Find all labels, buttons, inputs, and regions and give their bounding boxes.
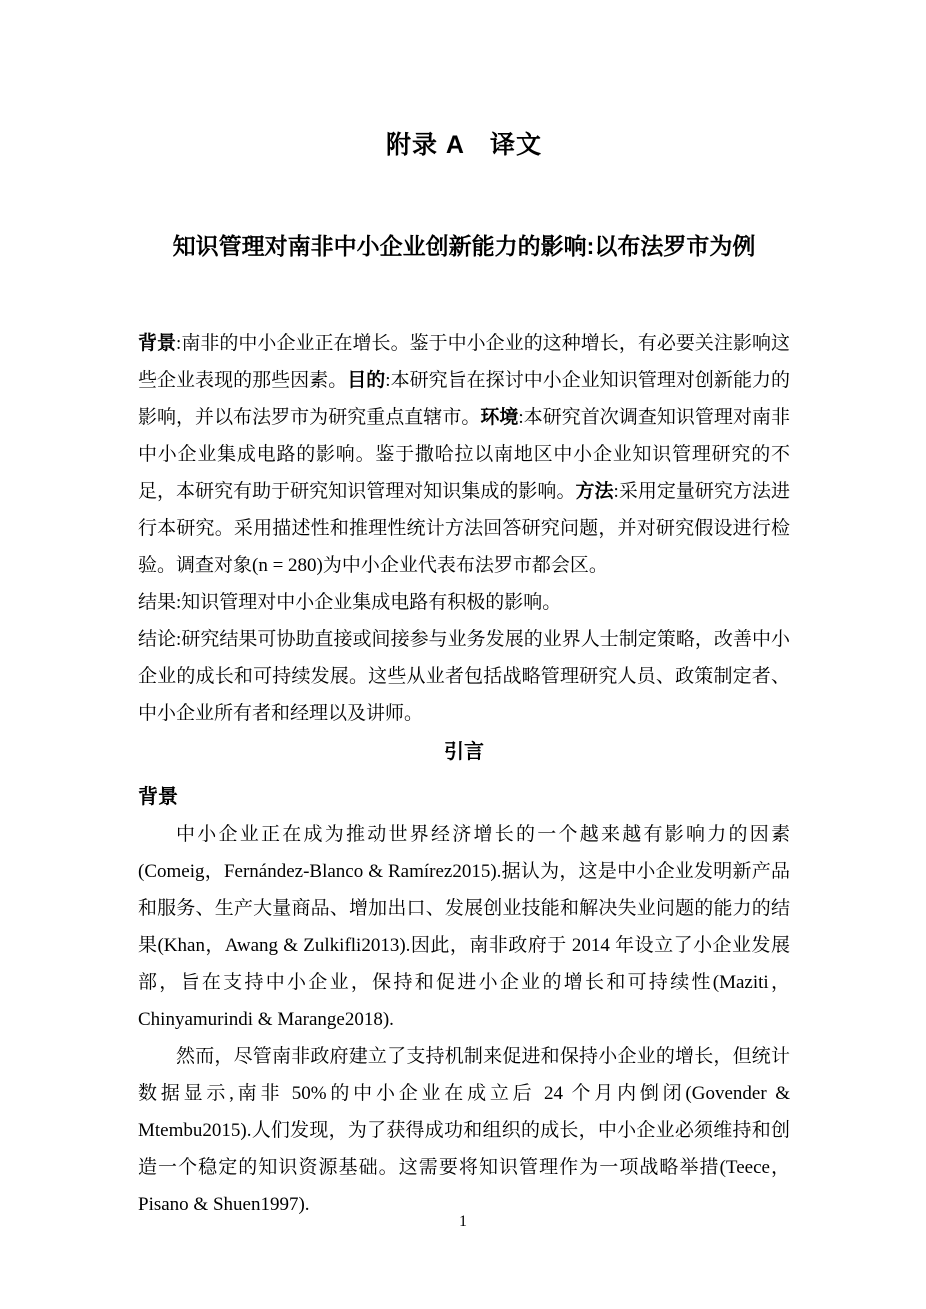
article-title: 知识管理对南非中小企业创新能力的影响:以布法罗市为例	[138, 232, 790, 261]
intro-paragraph-2: 然而，尽管南非政府建立了支持机制来促进和保持小企业的增长，但统计数据显示,南非 …	[138, 1038, 790, 1223]
abstract-section: 背景:南非的中小企业正在增长。鉴于中小企业的这种增长，有必要关注影响这些企业表现…	[138, 325, 790, 732]
page-number: 1	[0, 1212, 926, 1232]
abstract-paragraph-results: 结果:知识管理对中小企业集成电路有积极的影响。	[138, 584, 790, 621]
appendix-title: 附录 A 译文	[138, 130, 790, 160]
abstract-paragraph-main: 背景:南非的中小企业正在增长。鉴于中小企业的这种增长，有必要关注影响这些企业表现…	[138, 325, 790, 584]
abstract-label-setting: 环境	[480, 407, 518, 428]
document-page: 附录 A 译文 知识管理对南非中小企业创新能力的影响:以布法罗市为例 背景:南非…	[0, 0, 926, 1309]
abstract-label-purpose: 目的	[347, 370, 385, 391]
abstract-label-background: 背景	[138, 333, 176, 354]
intro-paragraph-1: 中小企业正在成为推动世界经济增长的一个越来越有影响力的因素(Comeig，Fer…	[138, 816, 790, 1038]
introduction-heading: 引言	[138, 734, 790, 771]
abstract-paragraph-conclusion: 结论:研究结果可协助直接或间接参与业务发展的业界人士制定策略，改善中小企业的成长…	[138, 621, 790, 732]
background-heading: 背景	[138, 779, 790, 816]
abstract-label-method: 方法	[575, 481, 613, 502]
